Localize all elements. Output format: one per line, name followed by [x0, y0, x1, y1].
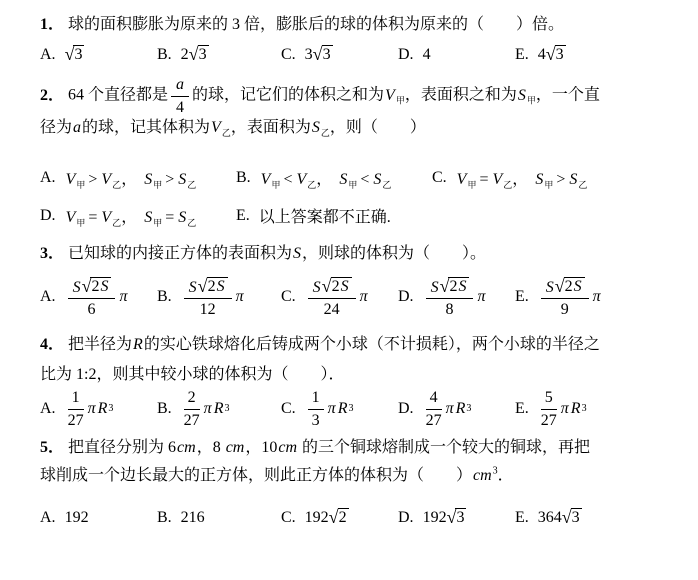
fraction-expression: 427 [426, 388, 442, 429]
math-var-r: R [455, 400, 467, 418]
coefficient: 4 [538, 46, 546, 64]
radicand: 3 [73, 45, 84, 64]
fraction-denominator: 12 [184, 299, 232, 319]
sqrt-expression: √3 [65, 45, 85, 64]
subscript-jia: 甲 [527, 96, 536, 106]
option-value: 216 [181, 509, 205, 527]
math-var-s: S [292, 245, 302, 262]
radicand: 3 [455, 508, 466, 527]
fraction-denominator: 9 [541, 299, 589, 319]
stem-text: 球削成一个边长最大的正方体，则此正方体的体积为（ ） [40, 467, 472, 484]
fraction-expression: 527 [541, 388, 557, 429]
math-var-s: S [311, 119, 321, 136]
pi-symbol: π [445, 400, 455, 418]
fraction-expression: 13 [308, 388, 324, 429]
sqrt-expression: √3 [189, 45, 209, 64]
fraction-expression: S√2S9 [541, 276, 589, 319]
option-value: 192 [65, 509, 89, 527]
subscript-yi: 乙 [321, 128, 330, 138]
option-label: A. [40, 288, 56, 306]
q3-option-c: C.S√2S24π [281, 276, 398, 319]
q5-option-e: E.364√3 [515, 508, 582, 527]
math-var-a: a [72, 119, 82, 136]
pi-symbol: π [476, 288, 486, 306]
stem-text: ，8 [197, 439, 225, 456]
option-label: B. [157, 400, 172, 418]
inequality-expression: V甲=V乙，S甲>S乙 [456, 166, 588, 190]
math-var-r: R [337, 400, 349, 418]
radicand: 3 [322, 45, 333, 64]
question-2-options-row2: D.V甲=V乙，S甲=S乙 E.以上答案都不正确. [40, 204, 670, 228]
option-label: D. [398, 509, 414, 527]
fraction-a-over-4: a4 [171, 75, 189, 116]
option-label: A. [40, 169, 56, 187]
q3-option-e: E.S√2S9π [515, 276, 602, 319]
fraction-expression: S√2S24 [308, 276, 356, 319]
option-label: D. [398, 288, 414, 306]
q4-option-e: E.527πR3 [515, 388, 587, 429]
question-3-number: 3． [40, 245, 64, 262]
option-label: C. [281, 509, 296, 527]
stem-text: 的球，记其体积为 [82, 119, 210, 136]
q3-option-b: B.S√2S12π [157, 276, 281, 319]
option-label: D. [40, 207, 56, 225]
fraction-denominator: 24 [308, 299, 356, 319]
question-5-stem-line1: 5．把直径分别为 6cm，8 cm，10cm 的三个铜球熔制成一个较大的铜球，再… [40, 437, 670, 459]
question-1-text: 球的面积膨胀为原来的 3 倍，膨胀后的球的体积为原来的（ ）倍。 [68, 16, 564, 33]
coefficient: 364 [538, 509, 562, 527]
subscript-yi: 乙 [222, 128, 231, 138]
pi-symbol: π [327, 400, 337, 418]
math-var-r: R [213, 400, 225, 418]
q5-option-a: A.192 [40, 509, 157, 527]
question-2-options-row1: A.V甲>V乙，S甲>S乙 B.V甲<V乙，S甲<S乙 C.V甲=V乙，S甲>S… [40, 166, 670, 190]
stem-text: 的球，记它们的体积之和为 [192, 87, 384, 104]
option-label: C. [281, 46, 296, 64]
question-1-stem: 1．球的面积膨胀为原来的 3 倍，膨胀后的球的体积为原来的（ ）倍。 [40, 14, 670, 36]
stem-text: ，则球的体积为（ ）。 [302, 245, 486, 262]
q2-option-e: E.以上答案都不正确. [236, 204, 391, 227]
option-label: B. [157, 46, 172, 64]
option-label: E. [515, 509, 529, 527]
coefficient: 3 [305, 46, 313, 64]
q5-option-c: C.192√2 [281, 508, 398, 527]
q5-option-b: B.216 [157, 509, 281, 527]
sqrt-expression: √3 [447, 508, 467, 527]
radicand: 3 [198, 45, 209, 64]
option-label: E. [515, 400, 529, 418]
exponent: 3 [348, 404, 353, 414]
math-var-s: S [517, 87, 527, 104]
math-var-v: V [210, 119, 222, 136]
stem-text: ，则（ ） [330, 119, 426, 136]
question-4-number: 4． [40, 336, 64, 353]
exponent: 3 [582, 404, 587, 414]
q4-option-a: A.127πR3 [40, 388, 157, 429]
q2-option-d: D.V甲=V乙，S甲=S乙 [40, 204, 236, 228]
stem-text: 的三个铜球熔制成一个较大的铜球，再把 [298, 439, 590, 456]
unit-cm: cm [277, 439, 298, 456]
fraction-denominator: 8 [426, 299, 474, 319]
q1-option-c: C.3√3 [281, 45, 398, 64]
question-4-options: A.127πR3 B.227πR3 C.13πR3 D.427πR3 E.527… [40, 388, 670, 429]
sqrt-expression: √3 [562, 508, 582, 527]
fraction-expression: S√2S12 [184, 276, 232, 319]
option-label: E. [236, 207, 250, 225]
math-var: a [175, 76, 185, 93]
coefficient: 192 [305, 509, 329, 527]
question-2-stem-line1: 2．64 个直径都是a4的球，记它们的体积之和为V甲，表面积之和为S甲，一个直 [40, 75, 670, 116]
q4-option-d: D.427πR3 [398, 388, 515, 429]
fraction-expression: 227 [184, 388, 200, 429]
option-label: B. [157, 509, 172, 527]
option-label: E. [515, 288, 529, 306]
radicand: 3 [555, 45, 566, 64]
stem-text: 比为 1:2，则其中较小球的体积为（ ）． [40, 366, 344, 383]
coefficient: 192 [423, 509, 447, 527]
stem-text: 已知球的内接正方体的表面积为 [68, 245, 292, 262]
radicand: 2 [338, 508, 349, 527]
fraction-expression: S√2S8 [426, 276, 474, 319]
question-5-stem-line2: 球削成一个边长最大的正方体，则此正方体的体积为（ ）cm3． [40, 465, 670, 487]
math-var-r: R [132, 336, 144, 353]
inequality-expression: V甲<V乙，S甲<S乙 [260, 166, 392, 190]
option-label: A. [40, 46, 56, 64]
q1-option-a: A.√3 [40, 45, 157, 64]
fraction-denominator: 4 [171, 97, 189, 117]
q2-option-b: B.V甲<V乙，S甲<S乙 [236, 166, 432, 190]
q2-option-a: A.V甲>V乙，S甲>S乙 [40, 166, 236, 190]
option-label: C. [432, 169, 447, 187]
fraction-expression: 127 [68, 388, 84, 429]
question-4-stem-line1: 4．把半径为R的实心铁球熔化后铸成两个小球（不计损耗），两个小球的半径之 [40, 334, 670, 356]
radicand: 3 [571, 508, 582, 527]
stem-text: ，一个直 [536, 87, 600, 104]
option-label: B. [157, 288, 172, 306]
option-label: A. [40, 509, 56, 527]
question-4-stem-line2: 比为 1:2，则其中较小球的体积为（ ）． [40, 364, 670, 386]
pi-symbol: π [87, 400, 97, 418]
inequality-expression: V甲>V乙，S甲>S乙 [65, 166, 197, 190]
q4-option-c: C.13πR3 [281, 388, 398, 429]
stem-text: 把直径分别为 6 [68, 439, 176, 456]
exponent: 3 [466, 404, 471, 414]
pi-symbol: π [203, 400, 213, 418]
math-var-v: V [384, 87, 396, 104]
unit-cm: cm [225, 439, 246, 456]
stem-text: 64 个直径都是 [68, 87, 168, 104]
question-1-options: A.√3 B.2√3 C.3√3 D.4 E.4√3 [40, 45, 670, 64]
inequality-expression: V甲=V乙，S甲=S乙 [65, 204, 197, 228]
q2-option-c: C.V甲=V乙，S甲>S乙 [432, 166, 587, 190]
coefficient: 2 [181, 46, 189, 64]
exponent: 3 [108, 404, 113, 414]
math-var-r: R [570, 400, 582, 418]
q5-option-d: D.192√3 [398, 508, 515, 527]
question-3-options: A.S√2S6π B.S√2S12π C.S√2S24π D.S√2S8π E.… [40, 276, 670, 319]
sqrt-expression: √3 [546, 45, 566, 64]
pi-symbol: π [560, 400, 570, 418]
sqrt-expression: √3 [313, 45, 333, 64]
question-5-options: A.192 B.216 C.192√2 D.192√3 E.364√3 [40, 508, 670, 527]
pi-symbol: π [359, 288, 369, 306]
stem-text: ，表面积为 [231, 119, 311, 136]
q3-option-d: D.S√2S8π [398, 276, 515, 319]
pi-symbol: π [235, 288, 245, 306]
pi-symbol: π [592, 288, 602, 306]
stem-text: 的实心铁球熔化后铸成两个小球（不计损耗），两个小球的半径之 [144, 336, 600, 353]
sqrt-expression: √2 [329, 508, 349, 527]
option-label: C. [281, 288, 296, 306]
option-value: 4 [423, 46, 431, 64]
option-label: C. [281, 400, 296, 418]
fraction-expression: S√2S6 [68, 276, 116, 319]
option-label: D. [398, 46, 414, 64]
stem-text: ，表面积之和为 [405, 87, 517, 104]
option-text: 以上答案都不正确. [259, 204, 391, 227]
question-2-number: 2． [40, 87, 64, 104]
option-label: E. [515, 46, 529, 64]
question-1-number: 1． [40, 16, 64, 33]
q4-option-b: B.227πR3 [157, 388, 281, 429]
exponent: 3 [224, 404, 229, 414]
option-label: A. [40, 400, 56, 418]
q3-option-a: A.S√2S6π [40, 276, 157, 319]
q1-option-d: D.4 [398, 46, 515, 64]
math-var-r: R [97, 400, 109, 418]
question-5-number: 5． [40, 439, 64, 456]
stem-text: ，10 [245, 439, 277, 456]
question-3-stem: 3．已知球的内接正方体的表面积为S，则球的体积为（ ）。 [40, 243, 670, 265]
stem-text: ． [498, 467, 514, 484]
option-label: D. [398, 400, 414, 418]
stem-text: 径为 [40, 119, 72, 136]
pi-symbol: π [118, 288, 128, 306]
question-2-stem-line2: 径为a的球，记其体积为V乙，表面积为S乙，则（ ） [40, 117, 670, 139]
q1-option-e: E.4√3 [515, 45, 566, 64]
subscript-jia: 甲 [396, 96, 405, 106]
q1-option-b: B.2√3 [157, 45, 281, 64]
fraction-denominator: 6 [68, 299, 116, 319]
option-label: B. [236, 169, 251, 187]
math-worksheet: 1．球的面积膨胀为原来的 3 倍，膨胀后的球的体积为原来的（ ）倍。 A.√3 … [0, 0, 698, 528]
unit-cm: cm [176, 439, 197, 456]
unit-cm: cm [472, 467, 493, 484]
stem-text: 把半径为 [68, 336, 132, 353]
